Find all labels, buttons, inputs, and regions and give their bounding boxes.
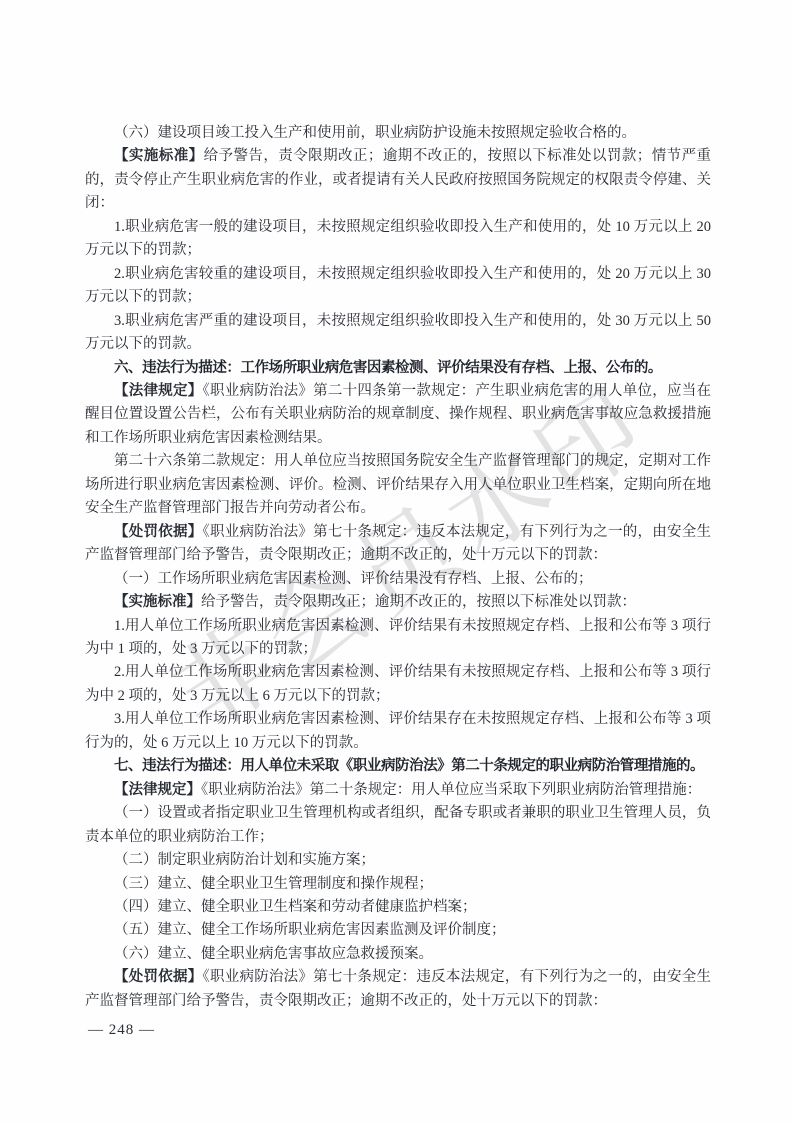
- paragraph: 【实施标准】给予警告，责令限期改正；逾期不改正的，按照以下标准处以罚款；情节严重…: [85, 145, 711, 215]
- paragraph-text: 第二十六条第二款规定：用人单位应当按照国务院安全生产监督管理部门的规定，定期对工…: [85, 453, 711, 516]
- paragraph-text: 3.用人单位工作场所职业病危害因素检测、评价结果存在未按照规定存档、上报和公布等…: [85, 711, 711, 750]
- paragraph: 2.职业病危害较重的建设项目，未按照规定组织验收即投入生产和使用的，处 20 万…: [85, 263, 711, 310]
- paragraph: 第二十六条第二款规定：用人单位应当按照国务院安全生产监督管理部门的规定，定期对工…: [85, 450, 711, 520]
- paragraph: 【处罚依据】《职业病防治法》第七十条规定：违反本法规定，有下列行为之一的，由安全…: [85, 966, 711, 1013]
- clause-tag: 【处罚依据】: [114, 969, 202, 985]
- paragraph-text: （二）制定职业病防治计划和实施方案；: [114, 852, 375, 868]
- clause-tag: 【处罚依据】: [114, 524, 202, 540]
- clause-tag: 【法律规定】: [114, 782, 201, 798]
- paragraph: 3.用人单位工作场所职业病危害因素检测、评价结果存在未按照规定存档、上报和公布等…: [85, 708, 711, 755]
- paragraph: 2.用人单位工作场所职业病危害因素检测、评价结果有未按照规定存档、上报和公布等 …: [85, 661, 711, 708]
- document-page: 非会员水印 （六）建设项目竣工投入生产和使用前，职业病防护设施未按照规定验收合格…: [0, 0, 793, 1122]
- paragraph-text: （四）建立、健全职业卫生档案和劳动者健康监护档案；: [114, 899, 477, 915]
- paragraph: 【法律规定】《职业病防治法》第二十条规定：用人单位应当采取下列职业病防治管理措施…: [85, 779, 711, 802]
- paragraph-text: 给予警告，责令限期改正；逾期不改正的，按照以下标准处以罚款：: [201, 594, 636, 610]
- paragraph-text: 2.用人单位工作场所职业病危害因素检测、评价结果有未按照规定存档、上报和公布等 …: [85, 664, 711, 703]
- paragraph: 1.用人单位工作场所职业病危害因素检测、评价结果有未按照规定存档、上报和公布等 …: [85, 615, 711, 662]
- paragraph-text: 1.用人单位工作场所职业病危害因素检测、评价结果有未按照规定存档、上报和公布等 …: [85, 618, 711, 657]
- paragraph-text: （六）建设项目竣工投入生产和使用前，职业病防护设施未按照规定验收合格的。: [114, 125, 636, 141]
- paragraph-text: 《职业病防治法》第二十条规定：用人单位应当采取下列职业病防治管理措施：: [201, 782, 701, 798]
- paragraph: 【法律规定】《职业病防治法》第二十四条第一款规定：产生职业病危害的用人单位，应当…: [85, 380, 711, 450]
- paragraph: 【实施标准】给予警告，责令限期改正；逾期不改正的，按照以下标准处以罚款：: [85, 591, 711, 614]
- paragraph: （一）设置或者指定职业卫生管理机构或者组织，配备专职或者兼职的职业卫生管理人员，…: [85, 802, 711, 849]
- paragraph-text: （三）建立、健全职业卫生管理制度和操作规程；: [114, 876, 433, 892]
- page-number: — 248 —: [88, 1022, 155, 1039]
- paragraph: （六）建立、健全职业病危害事故应急救援预案。: [85, 943, 711, 966]
- clause-tag: 【实施标准】: [114, 594, 201, 610]
- paragraph: 1.职业病危害一般的建设项目，未按照规定组织验收即投入生产和使用的，处 10 万…: [85, 216, 711, 263]
- heading-text: 六、违法行为描述：工作场所职业病危害因素检测、评价结果没有存档、上报、公布的。: [114, 360, 662, 376]
- document-body: （六）建设项目竣工投入生产和使用前，职业病防护设施未按照规定验收合格的。 【实施…: [85, 122, 711, 1013]
- clause-tag: 【法律规定】: [114, 383, 202, 399]
- paragraph-text: （一）设置或者指定职业卫生管理机构或者组织，配备专职或者兼职的职业卫生管理人员，…: [85, 805, 711, 844]
- paragraph: （五）建立、健全工作场所职业病危害因素监测及评价制度；: [85, 919, 711, 942]
- paragraph-text: 2.职业病危害较重的建设项目，未按照规定组织验收即投入生产和使用的，处 20 万…: [85, 266, 711, 305]
- paragraph: 【处罚依据】《职业病防治法》第七十条规定：违反本法规定，有下列行为之一的，由安全…: [85, 521, 711, 568]
- paragraph: （三）建立、健全职业卫生管理制度和操作规程；: [85, 873, 711, 896]
- paragraph: 3.职业病危害严重的建设项目，未按照规定组织验收即投入生产和使用的，处 30 万…: [85, 310, 711, 357]
- heading-text: 七、违法行为描述：用人单位未采取《职业病防治法》第二十条规定的职业病防治管理措施…: [114, 758, 704, 774]
- paragraph: （一）工作场所职业病危害因素检测、评价结果没有存档、上报、公布的；: [85, 568, 711, 591]
- section-heading: 六、违法行为描述：工作场所职业病危害因素检测、评价结果没有存档、上报、公布的。: [85, 357, 711, 380]
- paragraph-text: 3.职业病危害严重的建设项目，未按照规定组织验收即投入生产和使用的，处 30 万…: [85, 313, 711, 352]
- paragraph: （四）建立、健全职业卫生档案和劳动者健康监护档案；: [85, 896, 711, 919]
- paragraph-text: （一）工作场所职业病危害因素检测、评价结果没有存档、上报、公布的；: [114, 571, 593, 587]
- paragraph: （二）制定职业病防治计划和实施方案；: [85, 849, 711, 872]
- paragraph-text: （五）建立、健全工作场所职业病危害因素监测及评价制度；: [114, 922, 506, 938]
- section-heading: 七、违法行为描述：用人单位未采取《职业病防治法》第二十条规定的职业病防治管理措施…: [85, 755, 711, 778]
- paragraph-text: 1.职业病危害一般的建设项目，未按照规定组织验收即投入生产和使用的，处 10 万…: [85, 219, 711, 258]
- paragraph: （六）建设项目竣工投入生产和使用前，职业病防护设施未按照规定验收合格的。: [85, 122, 711, 145]
- clause-tag: 【实施标准】: [114, 148, 204, 164]
- paragraph-text: （六）建立、健全职业病危害事故应急救援预案。: [114, 946, 433, 962]
